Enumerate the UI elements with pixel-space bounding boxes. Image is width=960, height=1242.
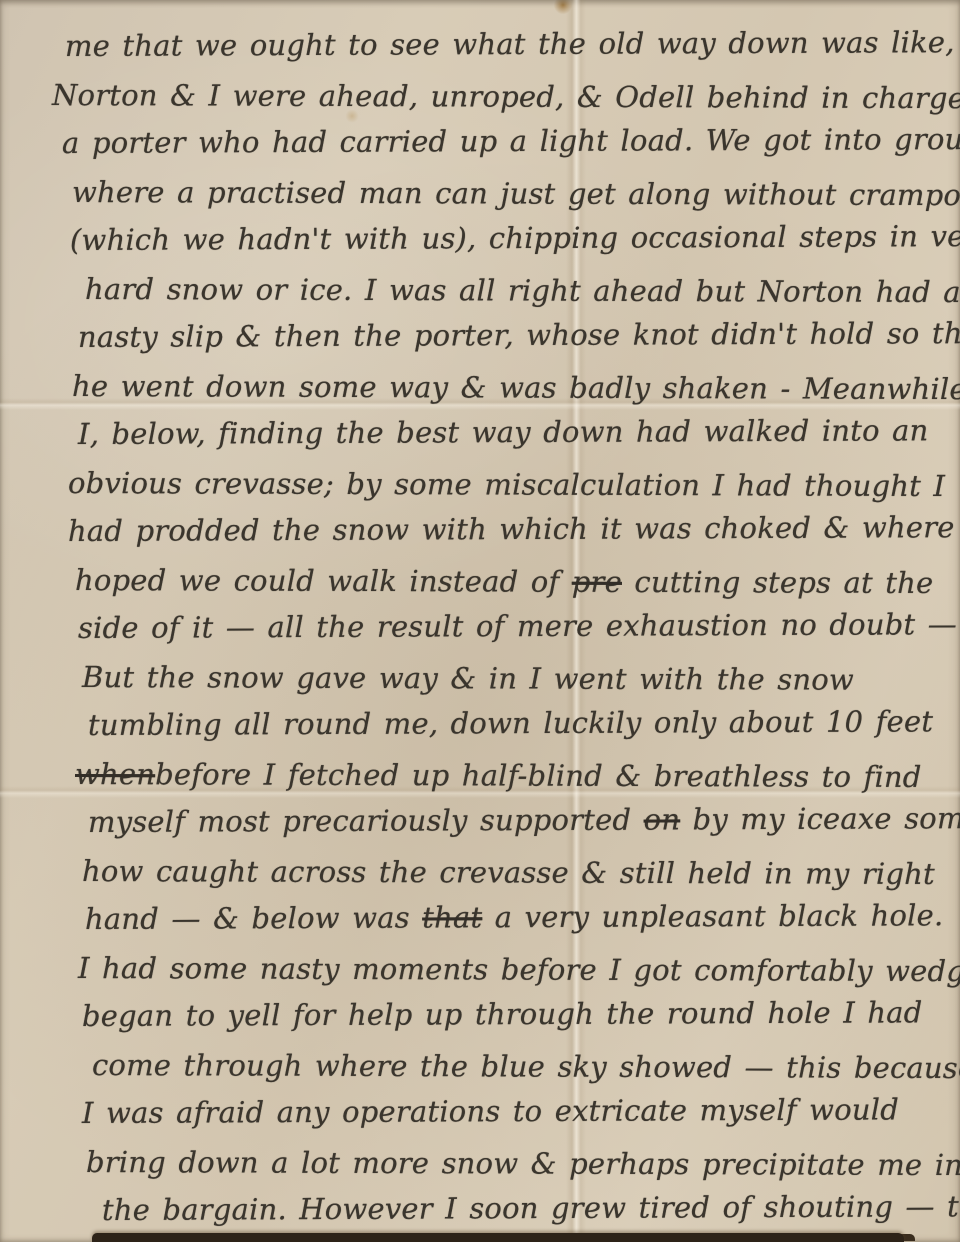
line-text-before: hand — & below was bbox=[85, 901, 422, 936]
letter-page: me that we ought to see what the old way… bbox=[0, 0, 960, 1242]
struck-word: that bbox=[422, 900, 482, 934]
struck-word: pre bbox=[572, 564, 622, 598]
line-text-after: cutting steps at the bbox=[622, 564, 934, 599]
line-text-after: before I fetched up half-blind & breathl… bbox=[155, 757, 922, 794]
letter-line-16: whenbefore I fetched up half-blind & bre… bbox=[75, 750, 960, 802]
letter-line-25: the bargain. However I soon grew tired o… bbox=[102, 1182, 960, 1234]
letter-line-18: how caught across the crevasse & still h… bbox=[82, 847, 960, 899]
letter-line-8: he went down some way & was badly shaken… bbox=[72, 362, 960, 414]
letter-line-14: But the snow gave way & in I went with t… bbox=[82, 653, 960, 705]
letter-body: me that we ought to see what the old way… bbox=[0, 22, 960, 1235]
struck-word: when bbox=[75, 757, 155, 791]
letter-line-20: I had some nasty moments before I got co… bbox=[78, 944, 960, 996]
letter-line-13: side of it — all the result of mere exha… bbox=[78, 600, 960, 652]
letter-line-6: hard snow or ice. I was all right ahead … bbox=[85, 265, 960, 317]
letter-line-5: (which we hadn't with us), chipping occa… bbox=[70, 212, 960, 264]
letter-line-22: come through where the blue sky showed —… bbox=[92, 1041, 960, 1093]
line-text-after: a very unpleasant black hole. bbox=[482, 898, 943, 934]
line-text-after: by my iceaxe some- bbox=[680, 801, 960, 836]
letter-line-1: me that we ought to see what the old way… bbox=[65, 18, 960, 70]
line-text-before: myself most precariously supported bbox=[88, 803, 644, 839]
letter-line-23: I was afraid any operations to extricate… bbox=[82, 1085, 960, 1137]
line-text-before: hoped we could walk instead of bbox=[75, 563, 572, 599]
letter-line-17: myself most precariously supported on by… bbox=[88, 794, 960, 846]
letter-line-10: obvious crevasse; by some miscalculation… bbox=[68, 459, 960, 511]
struck-word: on bbox=[644, 802, 681, 836]
letter-line-19: hand — & below was that a very unpleasan… bbox=[85, 891, 960, 943]
letter-line-4: where a practised man can just get along… bbox=[72, 168, 960, 220]
letter-line-9: I, below, finding the best way down had … bbox=[78, 406, 960, 458]
letter-line-11: had prodded the snow with which it was c… bbox=[68, 503, 960, 555]
letter-line-15: tumbling all round me, down luckily only… bbox=[88, 697, 960, 749]
letter-line-3: a porter who had carried up a light load… bbox=[62, 115, 960, 167]
letter-line-7: nasty slip & then the porter, whose knot… bbox=[78, 309, 960, 361]
letter-line-2: Norton & I were ahead, unroped, & Odell … bbox=[52, 71, 960, 123]
letter-line-12: hoped we could walk instead of pre cutti… bbox=[75, 556, 960, 608]
letter-line-24: bring down a lot more snow & perhaps pre… bbox=[86, 1138, 960, 1190]
letter-line-21: began to yell for help up through the ro… bbox=[82, 988, 960, 1040]
page-bottom-edge-shadow bbox=[92, 1233, 904, 1242]
